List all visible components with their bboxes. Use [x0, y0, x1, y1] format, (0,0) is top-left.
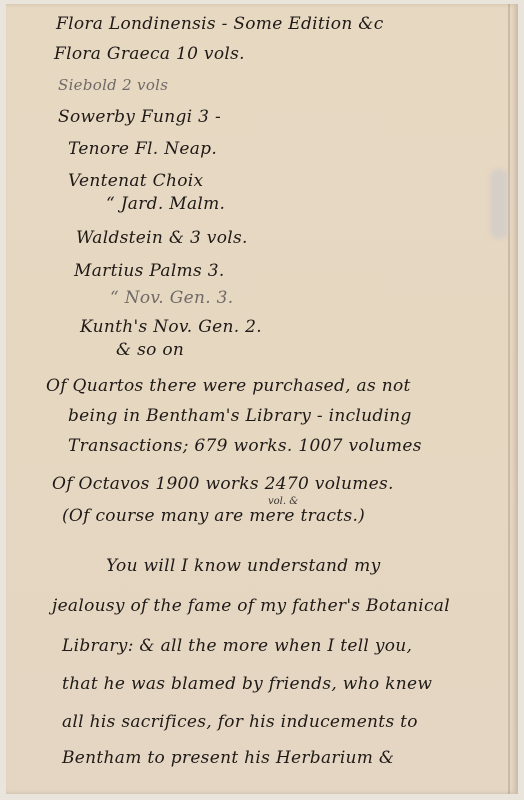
- book-list-item: “ Jard. Malm.: [106, 194, 225, 214]
- book-list-item: “ Nov. Gen. 3.: [110, 288, 233, 308]
- paragraph-line: You will I know understand my: [106, 556, 380, 576]
- paper-smudge: [490, 169, 508, 239]
- paragraph-line: that he was blamed by friends, who knew: [62, 674, 432, 694]
- paragraph-line: Bentham to present his Herbarium &: [62, 748, 394, 768]
- book-list-item: Tenore Fl. Neap.: [68, 139, 217, 159]
- book-list-item: Flora Graeca 10 vols.: [54, 44, 245, 64]
- book-list-item: Sowerby Fungi 3 -: [58, 107, 221, 127]
- paragraph-line: being in Bentham's Library - including: [68, 406, 412, 426]
- book-list-item: Waldstein & 3 vols.: [76, 228, 248, 248]
- paragraph-line: jealousy of the fame of my father's Bota…: [52, 596, 450, 616]
- paragraph-line: Of Octavos 1900 works 2470 volumes.: [52, 474, 394, 494]
- book-list-item: Ventenat Choix: [68, 171, 203, 191]
- paragraph-line: Library: & all the more when I tell you,: [62, 636, 412, 656]
- paragraph-line: Transactions; 679 works. 1007 volumes: [68, 436, 422, 456]
- book-list-item: Kunth's Nov. Gen. 2.: [80, 317, 262, 337]
- book-list-item: Siebold 2 vols: [58, 76, 168, 94]
- manuscript-page: Flora Londinensis - Some Edition &c Flor…: [6, 4, 518, 794]
- paragraph-line: (Of course many are mere tracts.): [62, 506, 365, 526]
- book-list-item: & so on: [116, 340, 184, 360]
- paragraph-line: Of Quartos there were purchased, as not: [46, 376, 411, 396]
- page-fold-edge: [508, 4, 510, 794]
- book-list-item: Flora Londinensis - Some Edition &c: [56, 14, 384, 34]
- paragraph-line: all his sacrifices, for his inducements …: [62, 712, 418, 732]
- book-list-item: Martius Palms 3.: [74, 261, 225, 281]
